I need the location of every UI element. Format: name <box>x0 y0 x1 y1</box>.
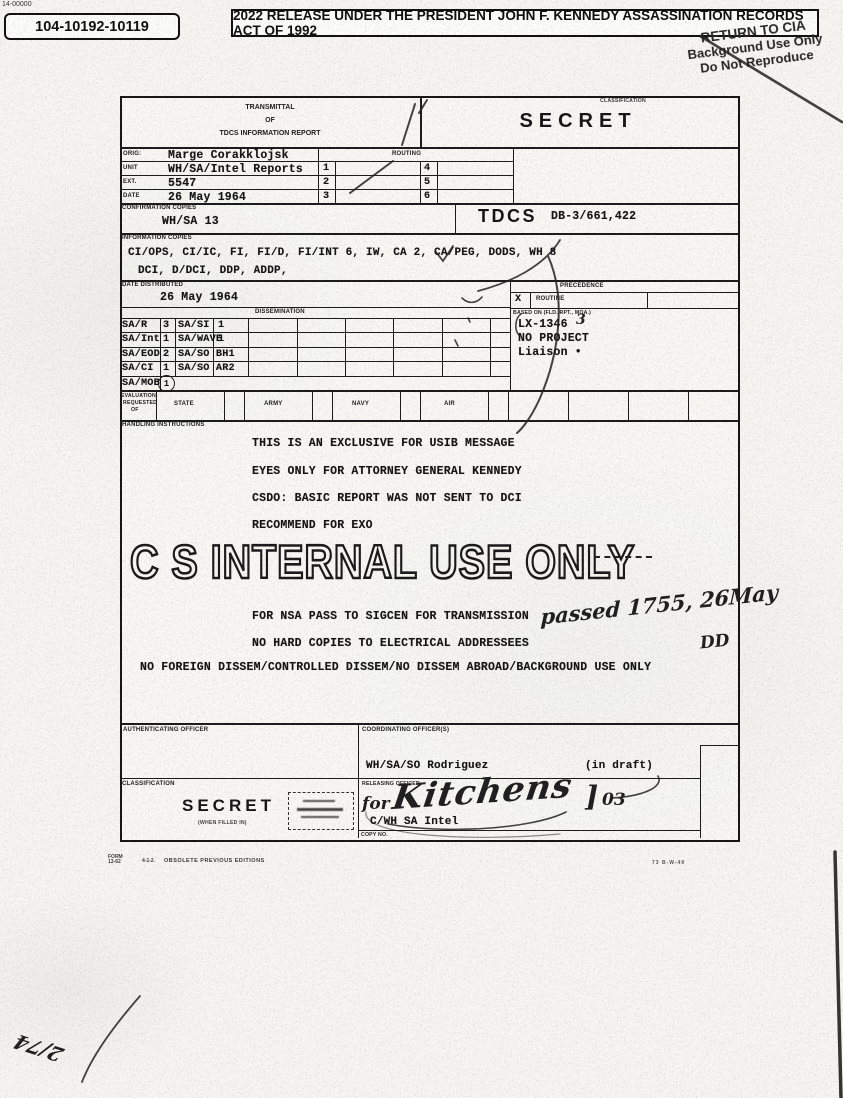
based-on-liaison: Liaison • <box>518 346 582 359</box>
divider <box>568 390 569 420</box>
evaluation-label-3: OF <box>131 407 139 413</box>
divider <box>244 390 245 420</box>
dissem-row-cell: 3 <box>163 320 169 331</box>
date-value: 26 May 1964 <box>168 191 246 204</box>
classification-label: CLASSIFICATION <box>600 98 646 104</box>
divider <box>358 830 700 831</box>
dissem-row-cell: 1 <box>218 320 224 331</box>
divider <box>120 723 738 725</box>
divider <box>420 390 421 420</box>
information-copies-label: INFORMATION COPIES <box>122 235 192 241</box>
classification-secret: SECRET <box>428 110 728 133</box>
date-stamp-box <box>288 792 354 830</box>
divider <box>442 318 443 376</box>
handling-line-4: RECOMMEND FOR EXO <box>252 519 373 532</box>
divider <box>332 390 333 420</box>
date-distributed-value: 26 May 1964 <box>160 291 238 304</box>
divider <box>175 318 176 376</box>
divider <box>688 390 689 420</box>
transmittal-line-2: OF <box>150 114 390 127</box>
ext-value: 5547 <box>168 177 196 190</box>
information-copies-line-1: CI/OPS, CI/IC, FI, FI/D, FI/INT 6, IW, C… <box>128 247 556 259</box>
divider <box>120 307 510 308</box>
scan-edge-line <box>835 852 841 1098</box>
divider <box>455 203 456 233</box>
tdcs-number: DB-3/661,422 <box>551 210 636 223</box>
stamp-smudge-line <box>303 800 335 802</box>
dissem-row-cell: SA/SO AR2 <box>178 363 235 374</box>
divider <box>312 390 313 420</box>
stamp-smudge-line <box>297 808 343 811</box>
dissem-row-cell: SA/EOD <box>122 349 160 360</box>
divider <box>510 280 511 390</box>
dissem-row-cell: 1 <box>218 334 224 345</box>
form-footer-right-code: 73 B-W-49 <box>652 860 685 866</box>
handling-instructions-label: HANDLING INSTRUCTIONS <box>122 422 205 428</box>
coordinating-officer-label: COORDINATING OFFICER(S) <box>362 727 449 733</box>
divider <box>156 390 157 420</box>
divider <box>490 318 491 376</box>
evaluation-cell-navy: NAVY <box>352 401 369 407</box>
divider <box>297 318 298 376</box>
margin-arc <box>82 996 140 1082</box>
dissem-row-cell: SA/SO BH1 <box>178 349 235 360</box>
transmittal-line-1: TRANSMITTAL <box>150 101 390 114</box>
record-id-box: 104-10192-10119 <box>4 13 180 40</box>
classification-bottom-label: CLASSIFICATION <box>122 781 175 787</box>
handwritten-dd-initials: DD <box>699 631 730 654</box>
form-footer-number: 13-62 <box>108 860 123 865</box>
signature-number: 03 <box>602 790 626 810</box>
dissem-row-cell: 1 <box>163 363 169 374</box>
no-hard-copies-line: NO HARD COPIES TO ELECTRICAL ADDRESSEES <box>252 637 529 650</box>
divider <box>647 292 648 308</box>
dissem-row-cell: SA/R <box>122 320 147 331</box>
ext-label: EXT. <box>123 179 136 185</box>
evaluation-label-1: EVALUATION <box>121 393 156 399</box>
signature-bracket: ] <box>585 780 598 813</box>
dissem-row-cell: SA/WAVE <box>178 334 222 345</box>
handling-line-1: THIS IS AN EXCLUSIVE FOR USIB MESSAGE <box>252 437 515 450</box>
handling-line-2: EYES ONLY FOR ATTORNEY GENERAL KENNEDY <box>252 465 522 478</box>
precedence-mark: X <box>515 294 521 305</box>
routing-cell-5: 5 <box>424 177 430 188</box>
divider <box>120 420 738 422</box>
dissem-row-cell: 2 <box>163 349 169 360</box>
routing-cell-3: 3 <box>323 191 329 202</box>
scanned-document-page: 14-00000 104-10192-10119 2022 RELEASE UN… <box>0 0 843 1098</box>
based-on-ref-annotation: 3 <box>576 312 586 328</box>
divider <box>530 292 531 308</box>
form-footer-obsolete: OBSOLETE PREVIOUS EDITIONS <box>164 858 265 864</box>
divider <box>345 318 346 376</box>
divider <box>120 280 738 282</box>
releaser-title: C/WH SA Intel <box>370 816 458 828</box>
cs-internal-use-only-stamp: C S INTERNAL USE ONLY <box>130 536 635 590</box>
stamp-smudge-line <box>301 816 339 818</box>
copy-no-label: COPY NO. <box>361 832 388 838</box>
divider <box>393 318 394 376</box>
dissem-row-cell: 1 <box>163 334 169 345</box>
based-on-no-project: NO PROJECT <box>518 332 589 345</box>
dissem-row-cell: SA/SI <box>178 320 210 331</box>
divider <box>224 390 225 420</box>
information-copies-line-2: DCI, D/DCI, DDP, ADDP, <box>138 265 288 277</box>
unit-value: WH/SA/Intel Reports <box>168 163 303 176</box>
divider <box>700 745 738 746</box>
divider <box>510 292 738 293</box>
divider <box>700 745 701 838</box>
evaluation-cell-air: AIR <box>444 401 455 407</box>
precedence-label: PRECEDENCE <box>560 283 604 289</box>
transmittal-title: TRANSMITTAL OF TDCS INFORMATION REPORT <box>150 101 390 140</box>
divider <box>120 233 738 235</box>
divider <box>358 723 359 838</box>
divider <box>120 778 358 779</box>
divider <box>120 376 510 377</box>
divider <box>420 161 421 203</box>
divider <box>318 147 319 203</box>
divider <box>508 390 509 420</box>
divider <box>513 147 514 203</box>
coordinator-value: WH/SA/SO Rodriguez <box>366 760 488 772</box>
routing-cell-2: 2 <box>323 177 329 188</box>
routing-cell-6: 6 <box>424 191 430 202</box>
date-label: DATE <box>123 193 140 199</box>
routing-cell-1: 1 <box>323 163 329 174</box>
divider <box>420 96 422 147</box>
orig-label: ORIG: <box>123 151 141 157</box>
secret-bottom: SECRET <box>182 796 275 816</box>
divider <box>488 390 489 420</box>
divider <box>628 390 629 420</box>
tdcs-prefix: TDCS <box>478 206 537 227</box>
form-footer-code: 4-1-2. <box>142 858 155 864</box>
transmittal-line-3: TDCS INFORMATION REPORT <box>150 127 390 140</box>
routing-label: ROUTING <box>392 151 421 157</box>
confirmation-copies-value: WH/SA 13 <box>162 215 219 228</box>
divider <box>335 161 336 203</box>
dissem-row-cell: SA/Int <box>122 334 160 345</box>
divider <box>437 161 438 203</box>
dissem-row-cell: SA/MOB <box>122 378 160 389</box>
coordinator-draft-note: (in draft) <box>585 760 653 772</box>
date-distributed-label: DATE DISTRIBUTED <box>122 282 183 288</box>
corner-code: 14-00000 <box>2 1 32 8</box>
divider <box>248 318 249 376</box>
routing-cell-4: 4 <box>424 163 430 174</box>
nsa-transmission-line: FOR NSA PASS TO SIGCEN FOR TRANSMISSION <box>252 610 529 623</box>
orig-value: Marge Corakklojsk <box>168 149 289 162</box>
handling-line-3: CSDO: BASIC REPORT WAS NOT SENT TO DCI <box>252 492 522 505</box>
dissem-row-cell: SA/CI <box>122 363 154 374</box>
signature-for: for <box>362 794 390 814</box>
dash-mark <box>594 556 652 558</box>
dissemination-label: DISSEMINATION <box>255 309 305 315</box>
dissem-restriction-line: NO FOREIGN DISSEM/CONTROLLED DISSEM/NO D… <box>140 661 651 674</box>
confirmation-copies-label: CONFIRMATION COPIES <box>122 205 196 211</box>
evaluation-cell-army: ARMY <box>264 401 282 407</box>
margin-note-handwritten: 2/74 <box>9 1030 67 1067</box>
evaluation-cell-state: STATE <box>174 401 194 407</box>
evaluation-label-2: REQUESTED <box>123 400 157 406</box>
unit-label: UNIT <box>123 165 138 171</box>
when-filled-in-label: (WHEN FILLED IN) <box>198 820 247 826</box>
precedence-routine-label: ROUTINE <box>536 296 564 302</box>
divider <box>120 390 738 392</box>
based-on-ref: LX-1346 <box>518 318 568 331</box>
authenticating-officer-label: AUTHENTICATING OFFICER <box>123 727 208 733</box>
divider <box>400 390 401 420</box>
form-footer-id: FORM 13-62 <box>108 855 123 865</box>
